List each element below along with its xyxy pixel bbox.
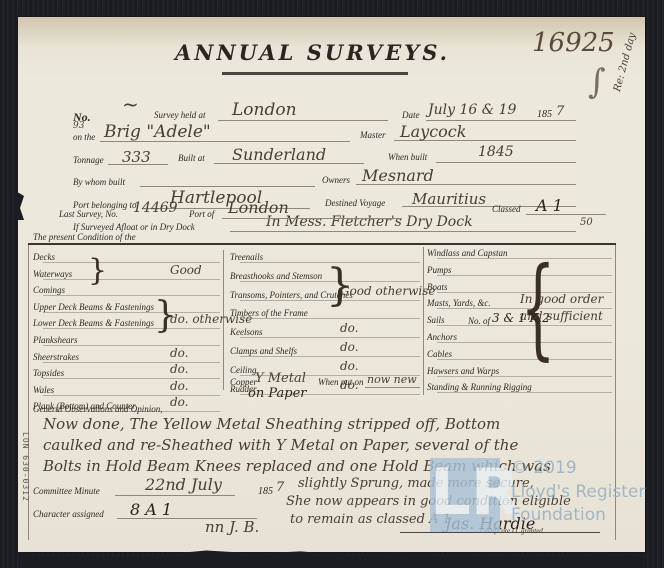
condition-label: Sheerstrakes	[33, 352, 79, 362]
document-title: ANNUAL SURVEYS.	[175, 40, 450, 65]
field-line	[437, 392, 612, 393]
condition-label: Treenails	[230, 252, 263, 262]
condition-value: Good otherwise	[340, 284, 436, 298]
condition-label: Keelsons	[230, 327, 263, 337]
character-assigned-label: Character assigned	[33, 509, 104, 519]
by-whom-built-label: By whom built	[73, 177, 125, 187]
observation-line-2: caulked and re-Sheathed with Y Metal on …	[43, 436, 518, 454]
field-line	[437, 376, 612, 377]
title-rule	[222, 72, 408, 75]
year-prefix: 185	[537, 109, 552, 120]
when-put-on-value: now new	[367, 373, 417, 386]
last-survey-port-value: London	[228, 198, 289, 217]
afloat-value: In Mess. Fletcher's Dry Dock	[266, 214, 473, 230]
survey-held-label: Survey held at	[154, 110, 205, 120]
column-divider	[423, 247, 424, 395]
brace: }	[326, 260, 354, 311]
condition-value: do.	[170, 362, 189, 376]
committee-minute-value: 22nd July	[145, 475, 222, 494]
field-line	[218, 120, 388, 121]
owners-value: Mesnard	[362, 166, 434, 185]
brace: }	[88, 253, 107, 288]
signature-rule	[400, 532, 600, 533]
condition-label: Wales	[33, 385, 54, 395]
condition-label: Comings	[33, 285, 65, 295]
no-value: 93	[73, 121, 84, 131]
condition-value: do.	[170, 395, 189, 409]
field-line	[230, 231, 576, 232]
brace: }	[154, 295, 177, 336]
when-put-on-label: When put on	[318, 377, 364, 387]
watermark-copyright: © 2019	[511, 458, 577, 478]
classed-value: A 1	[536, 196, 563, 215]
field-line	[43, 378, 220, 379]
condition-label: Timbers of the Frame	[230, 308, 308, 318]
vessel-value: Brig "Adele"	[104, 122, 211, 142]
last-survey-port-label: Port of	[189, 209, 214, 219]
condition-value: Good	[170, 263, 202, 277]
condition-label: Boats	[427, 282, 448, 292]
condition-label: Decks	[33, 252, 55, 262]
field-line	[43, 345, 220, 346]
date-label: Date	[402, 110, 420, 120]
reference-number: 16925	[532, 28, 615, 58]
side-reference: LON 630-0312	[21, 432, 30, 502]
field-line	[240, 356, 420, 357]
voyage-value: Mauritius	[412, 190, 486, 208]
condition-label: Clamps and Shelfs	[230, 346, 297, 356]
when-built-label: When built	[388, 152, 427, 162]
field-line	[43, 328, 220, 329]
character-assigned-value: 8 A 1	[130, 500, 172, 519]
afloat-label: If Surveyed Afloat or in Dry Dock	[73, 222, 195, 232]
condition-label: Cables	[427, 349, 452, 359]
built-at-value: Sunderland	[232, 145, 326, 164]
watermark-org-line1: Lloyd's Register	[511, 482, 645, 502]
margin-flourish: ∫	[588, 62, 606, 102]
field-line	[426, 120, 576, 121]
field-line	[222, 218, 402, 219]
condition-label: Ceiling	[230, 365, 257, 375]
field-line	[365, 387, 420, 388]
condition-label: Plankshears	[33, 335, 78, 345]
field-line	[43, 295, 220, 296]
field-line	[140, 186, 315, 187]
date-value: July 16 & 19	[428, 102, 516, 118]
field-line	[115, 495, 235, 496]
last-survey-label: Last Survey, No.	[59, 209, 118, 219]
condition-label: Masts, Yards, &c.	[427, 298, 491, 308]
field-line	[43, 279, 220, 280]
master-label: Master	[360, 130, 386, 140]
tonnage-value: 333	[122, 148, 151, 166]
condition-label: Hawsers and Warps	[427, 366, 499, 376]
condition-label: Pumps	[427, 265, 452, 275]
condition-heading: The present Condition of the	[33, 232, 136, 242]
field-line	[43, 395, 220, 396]
built-at-label: Built at	[178, 153, 205, 163]
condition-label: Anchors	[427, 332, 457, 342]
last-survey-value: 14469	[133, 200, 178, 216]
anchors-no-value: 3 & 1 K.2	[492, 311, 550, 325]
observation-line-6: to remain as classed A 1	[290, 512, 451, 527]
condition-value: do.	[340, 321, 359, 335]
observations-label: General Observations and Opinion,	[33, 404, 163, 414]
copper-value: Y Metal	[255, 371, 306, 386]
anchors-no-label: No. of	[468, 316, 490, 326]
no-flourish: ~	[122, 92, 139, 116]
condition-label: Lower Deck Beams & Fastenings	[33, 318, 154, 328]
field-line	[436, 162, 576, 163]
brace: {	[521, 252, 556, 362]
classed-label: Classed	[492, 204, 521, 214]
condition-value: do.	[170, 379, 189, 393]
tonnage-label: Tonnage	[73, 155, 104, 165]
master-value: Laycock	[400, 122, 466, 141]
copper-value-2: on Paper	[248, 386, 306, 401]
field-line	[43, 362, 220, 363]
on-the-label: on the	[73, 132, 95, 142]
condition-value: do.	[340, 359, 359, 373]
condition-label: Windlass and Capstan	[427, 248, 508, 258]
owners-label: Owners	[322, 175, 350, 185]
surveyor-initials: nn J. B.	[205, 518, 259, 536]
condition-label: Standing & Running Rigging	[427, 382, 532, 392]
condition-value: do.	[340, 340, 359, 354]
observation-line-1: Now done, The Yellow Metal Sheathing str…	[43, 415, 500, 433]
classed-sub: 50	[580, 217, 593, 228]
committee-minute-label: Committee Minute	[33, 486, 100, 496]
minute-year-prefix: 185	[258, 486, 273, 497]
voyage-label: Destined Voyage	[325, 198, 385, 208]
lr-logo-letters: LR	[430, 454, 500, 532]
year-value: 7	[556, 104, 564, 119]
condition-label: Sails	[427, 315, 445, 325]
field-line	[240, 337, 420, 338]
field-line	[240, 318, 420, 319]
condition-value: do.	[170, 346, 189, 360]
condition-label: Waterways	[33, 269, 72, 279]
survey-held-value: London	[232, 100, 297, 120]
when-built-value: 1845	[478, 144, 514, 160]
watermark-org-line2: Foundation	[511, 505, 606, 525]
condition-label: Upper Deck Beams & Fastenings	[33, 302, 154, 312]
condition-label: Topsides	[33, 368, 64, 378]
lr-logo: LR	[430, 458, 500, 532]
condition-label: Breasthooks and Stemson	[230, 271, 322, 281]
minute-year: 7	[276, 480, 284, 495]
